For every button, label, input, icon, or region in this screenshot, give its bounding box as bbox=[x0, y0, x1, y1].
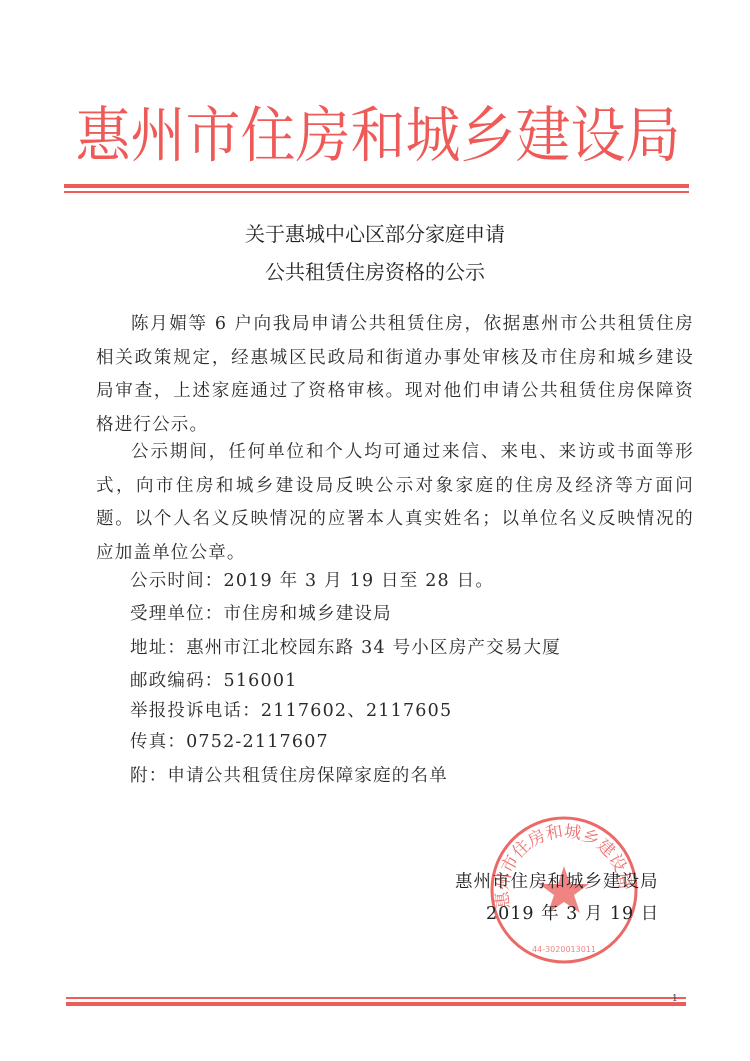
signature-issuer: 惠州市住房和城乡建设局 bbox=[455, 868, 659, 893]
info-postal-code: 邮政编码：516001 bbox=[130, 667, 298, 692]
info-attachment: 附：申请公共租赁住房保障家庭的名单 bbox=[130, 762, 448, 787]
header-rule-thick bbox=[64, 184, 689, 188]
document-title-line-2: 公共租赁住房资格的公示 bbox=[0, 256, 750, 285]
info-fax: 传真：0752-2117607 bbox=[130, 728, 329, 753]
footer-rule-thick bbox=[66, 1002, 686, 1006]
info-complaint-phone: 举报投诉电话：2117602、2117605 bbox=[130, 697, 452, 722]
document-title-line-1: 关于惠城中心区部分家庭申请 bbox=[0, 218, 750, 247]
info-address: 地址：惠州市江北校园东路 34 号小区房产交易大厦 bbox=[130, 634, 561, 659]
agency-masthead: 惠州市住房和城乡建设局 bbox=[66, 97, 690, 174]
info-publicity-period: 公示时间：2019 年 3 月 19 日至 28 日。 bbox=[130, 567, 494, 592]
signature-date: 2019 年 3 月 19 日 bbox=[486, 900, 659, 925]
page-number: 1 bbox=[672, 994, 678, 1004]
body-paragraph-1: 陈月媚等 6 户向我局申请公共租赁住房，依据惠州市公共租赁住房相关政策规定，经惠… bbox=[96, 308, 694, 442]
header-rule-thin bbox=[64, 191, 689, 193]
info-receiving-unit: 受理单位：市住房和城乡建设局 bbox=[130, 600, 392, 625]
footer-rule-thin bbox=[66, 997, 686, 999]
seal-code: 44-3020013011 bbox=[532, 945, 596, 954]
body-paragraph-2: 公示期间，任何单位和个人均可通过来信、来电、来访或书面等形式，向市住房和城乡建设… bbox=[96, 436, 694, 570]
